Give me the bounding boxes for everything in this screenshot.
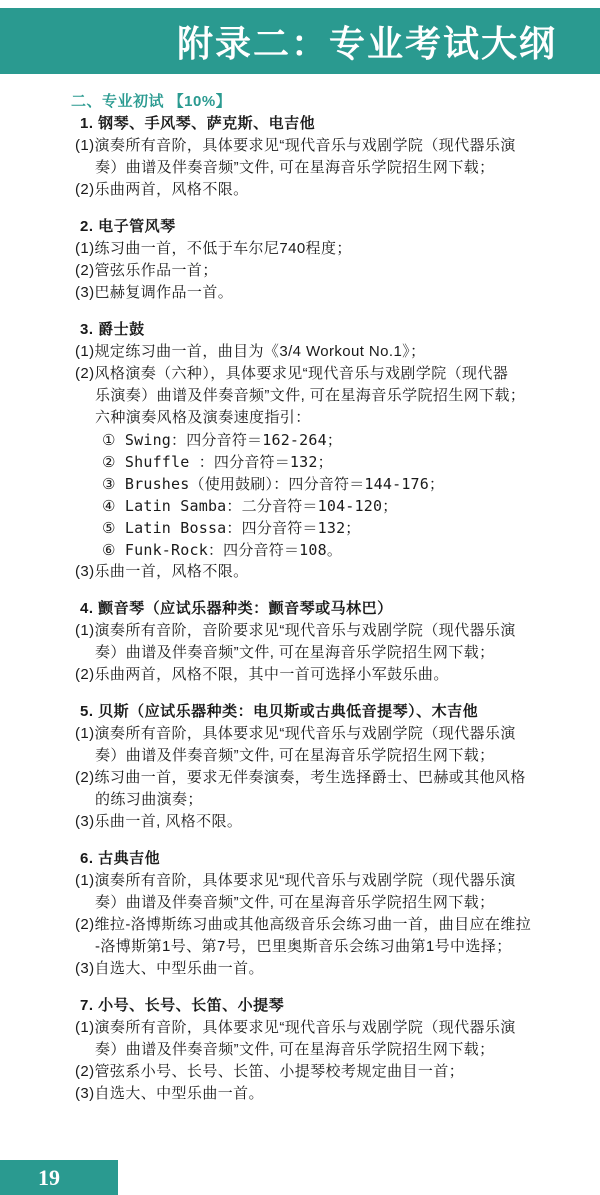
content-line: 奏）曲谱及伴奏音频”文件, 可在星海音乐学院招生网下载； [0, 745, 600, 767]
section-heading: 二、专业初试 【10%】 [0, 91, 600, 113]
content-line: (1)演奏所有音阶，具体要求见“现代音乐与戏剧学院（现代器乐演 [0, 723, 600, 745]
section: 1. 钢琴、手风琴、萨克斯、电吉他(1)演奏所有音阶，具体要求见“现代音乐与戏剧… [0, 113, 600, 201]
section-title: 2. 电子管风琴 [0, 216, 600, 238]
content-line: (1)演奏所有音阶，具体要求见“现代音乐与戏剧学院（现代器乐演 [0, 1017, 600, 1039]
content-line: -洛博斯第1号、第7号，巴里奥斯音乐会练习曲第1号中选择； [0, 936, 600, 958]
content-line: ⑥ Funk-Rock：四分音符＝108。 [0, 539, 600, 561]
content-line: 奏）曲谱及伴奏音频”文件, 可在星海音乐学院招生网下载； [0, 892, 600, 914]
header-bar: 附录二：专业考试大纲 [0, 8, 600, 74]
page-number-badge: 19 [0, 1160, 118, 1195]
content-line: (1)演奏所有音阶，具体要求见“现代音乐与戏剧学院（现代器乐演 [0, 870, 600, 892]
content-line: (2)维拉-洛博斯练习曲或其他高级音乐会练习曲一首，曲目应在维拉 [0, 914, 600, 936]
content-line: 的练习曲演奏； [0, 789, 600, 811]
content-line: (2)管弦乐作品一首； [0, 260, 600, 282]
section: 3. 爵士鼓(1)规定练习曲一首，曲目为《3/4 Workout No.1》；(… [0, 319, 600, 583]
section: 5. 贝斯（应试乐器种类：电贝斯或古典低音提琴）、木吉他(1)演奏所有音阶，具体… [0, 701, 600, 833]
content-line: ③ Brushes（使用鼓刷）：四分音符＝144-176； [0, 473, 600, 495]
page-title: 附录二：专业考试大纲 [0, 16, 600, 67]
section: 2. 电子管风琴(1)练习曲一首，不低于车尔尼740程度；(2)管弦乐作品一首；… [0, 216, 600, 304]
content-line: (2)风格演奏（六种），具体要求见“现代音乐与戏剧学院（现代器 [0, 363, 600, 385]
section: 7. 小号、长号、长笛、小提琴(1)演奏所有音阶，具体要求见“现代音乐与戏剧学院… [0, 995, 600, 1105]
content-line: (1)演奏所有音阶，具体要求见“现代音乐与戏剧学院（现代器乐演 [0, 135, 600, 157]
content-line: (2)乐曲两首，风格不限。 [0, 179, 600, 201]
content-line: ⑤ Latin Bossa：四分音符＝132； [0, 517, 600, 539]
section-title: 7. 小号、长号、长笛、小提琴 [0, 995, 600, 1017]
content-line: ④ Latin Samba：二分音符＝104-120； [0, 495, 600, 517]
content-line: (3)自选大、中型乐曲一首。 [0, 958, 600, 980]
content-line: (3)自选大、中型乐曲一首。 [0, 1083, 600, 1105]
content-line: 乐演奏）曲谱及伴奏音频”文件, 可在星海音乐学院招生网下载； [0, 385, 600, 407]
content-line: (2)管弦系小号、长号、长笛、小提琴校考规定曲目一首； [0, 1061, 600, 1083]
content-line: 六种演奏风格及演奏速度指引： [0, 407, 600, 429]
content-line: (3)乐曲一首, 风格不限。 [0, 811, 600, 833]
content-line: (1)演奏所有音阶，音阶要求见“现代音乐与戏剧学院（现代器乐演 [0, 620, 600, 642]
content-line: (2)练习曲一首，要求无伴奏演奏，考生选择爵士、巴赫或其他风格 [0, 767, 600, 789]
section-title: 6. 古典吉他 [0, 848, 600, 870]
content-line: ② Shuffle ：四分音符＝132； [0, 451, 600, 473]
section-title: 3. 爵士鼓 [0, 319, 600, 341]
section: 6. 古典吉他(1)演奏所有音阶，具体要求见“现代音乐与戏剧学院（现代器乐演奏）… [0, 848, 600, 980]
content-line: (1)规定练习曲一首，曲目为《3/4 Workout No.1》； [0, 341, 600, 363]
content-line: ① Swing：四分音符＝162-264； [0, 429, 600, 451]
content-line: (2)乐曲两首，风格不限，其中一首可选择小军鼓乐曲。 [0, 664, 600, 686]
content-line: (3)乐曲一首，风格不限。 [0, 561, 600, 583]
exam-outline-content: 二、专业初试 【10%】 1. 钢琴、手风琴、萨克斯、电吉他(1)演奏所有音阶，… [0, 91, 600, 1105]
content-line: 奏）曲谱及伴奏音频”文件, 可在星海音乐学院招生网下载； [0, 157, 600, 179]
content-line: 奏）曲谱及伴奏音频”文件, 可在星海音乐学院招生网下载； [0, 642, 600, 664]
content-line: (1)练习曲一首，不低于车尔尼740程度； [0, 238, 600, 260]
content-line: 奏）曲谱及伴奏音频”文件, 可在星海音乐学院招生网下载； [0, 1039, 600, 1061]
content-line: (3)巴赫复调作品一首。 [0, 282, 600, 304]
section-title: 4. 颤音琴（应试乐器种类：颤音琴或马林巴） [0, 598, 600, 620]
section-title: 1. 钢琴、手风琴、萨克斯、电吉他 [0, 113, 600, 135]
page-number: 19 [38, 1165, 60, 1191]
section-title: 5. 贝斯（应试乐器种类：电贝斯或古典低音提琴）、木吉他 [0, 701, 600, 723]
section: 4. 颤音琴（应试乐器种类：颤音琴或马林巴）(1)演奏所有音阶，音阶要求见“现代… [0, 598, 600, 686]
